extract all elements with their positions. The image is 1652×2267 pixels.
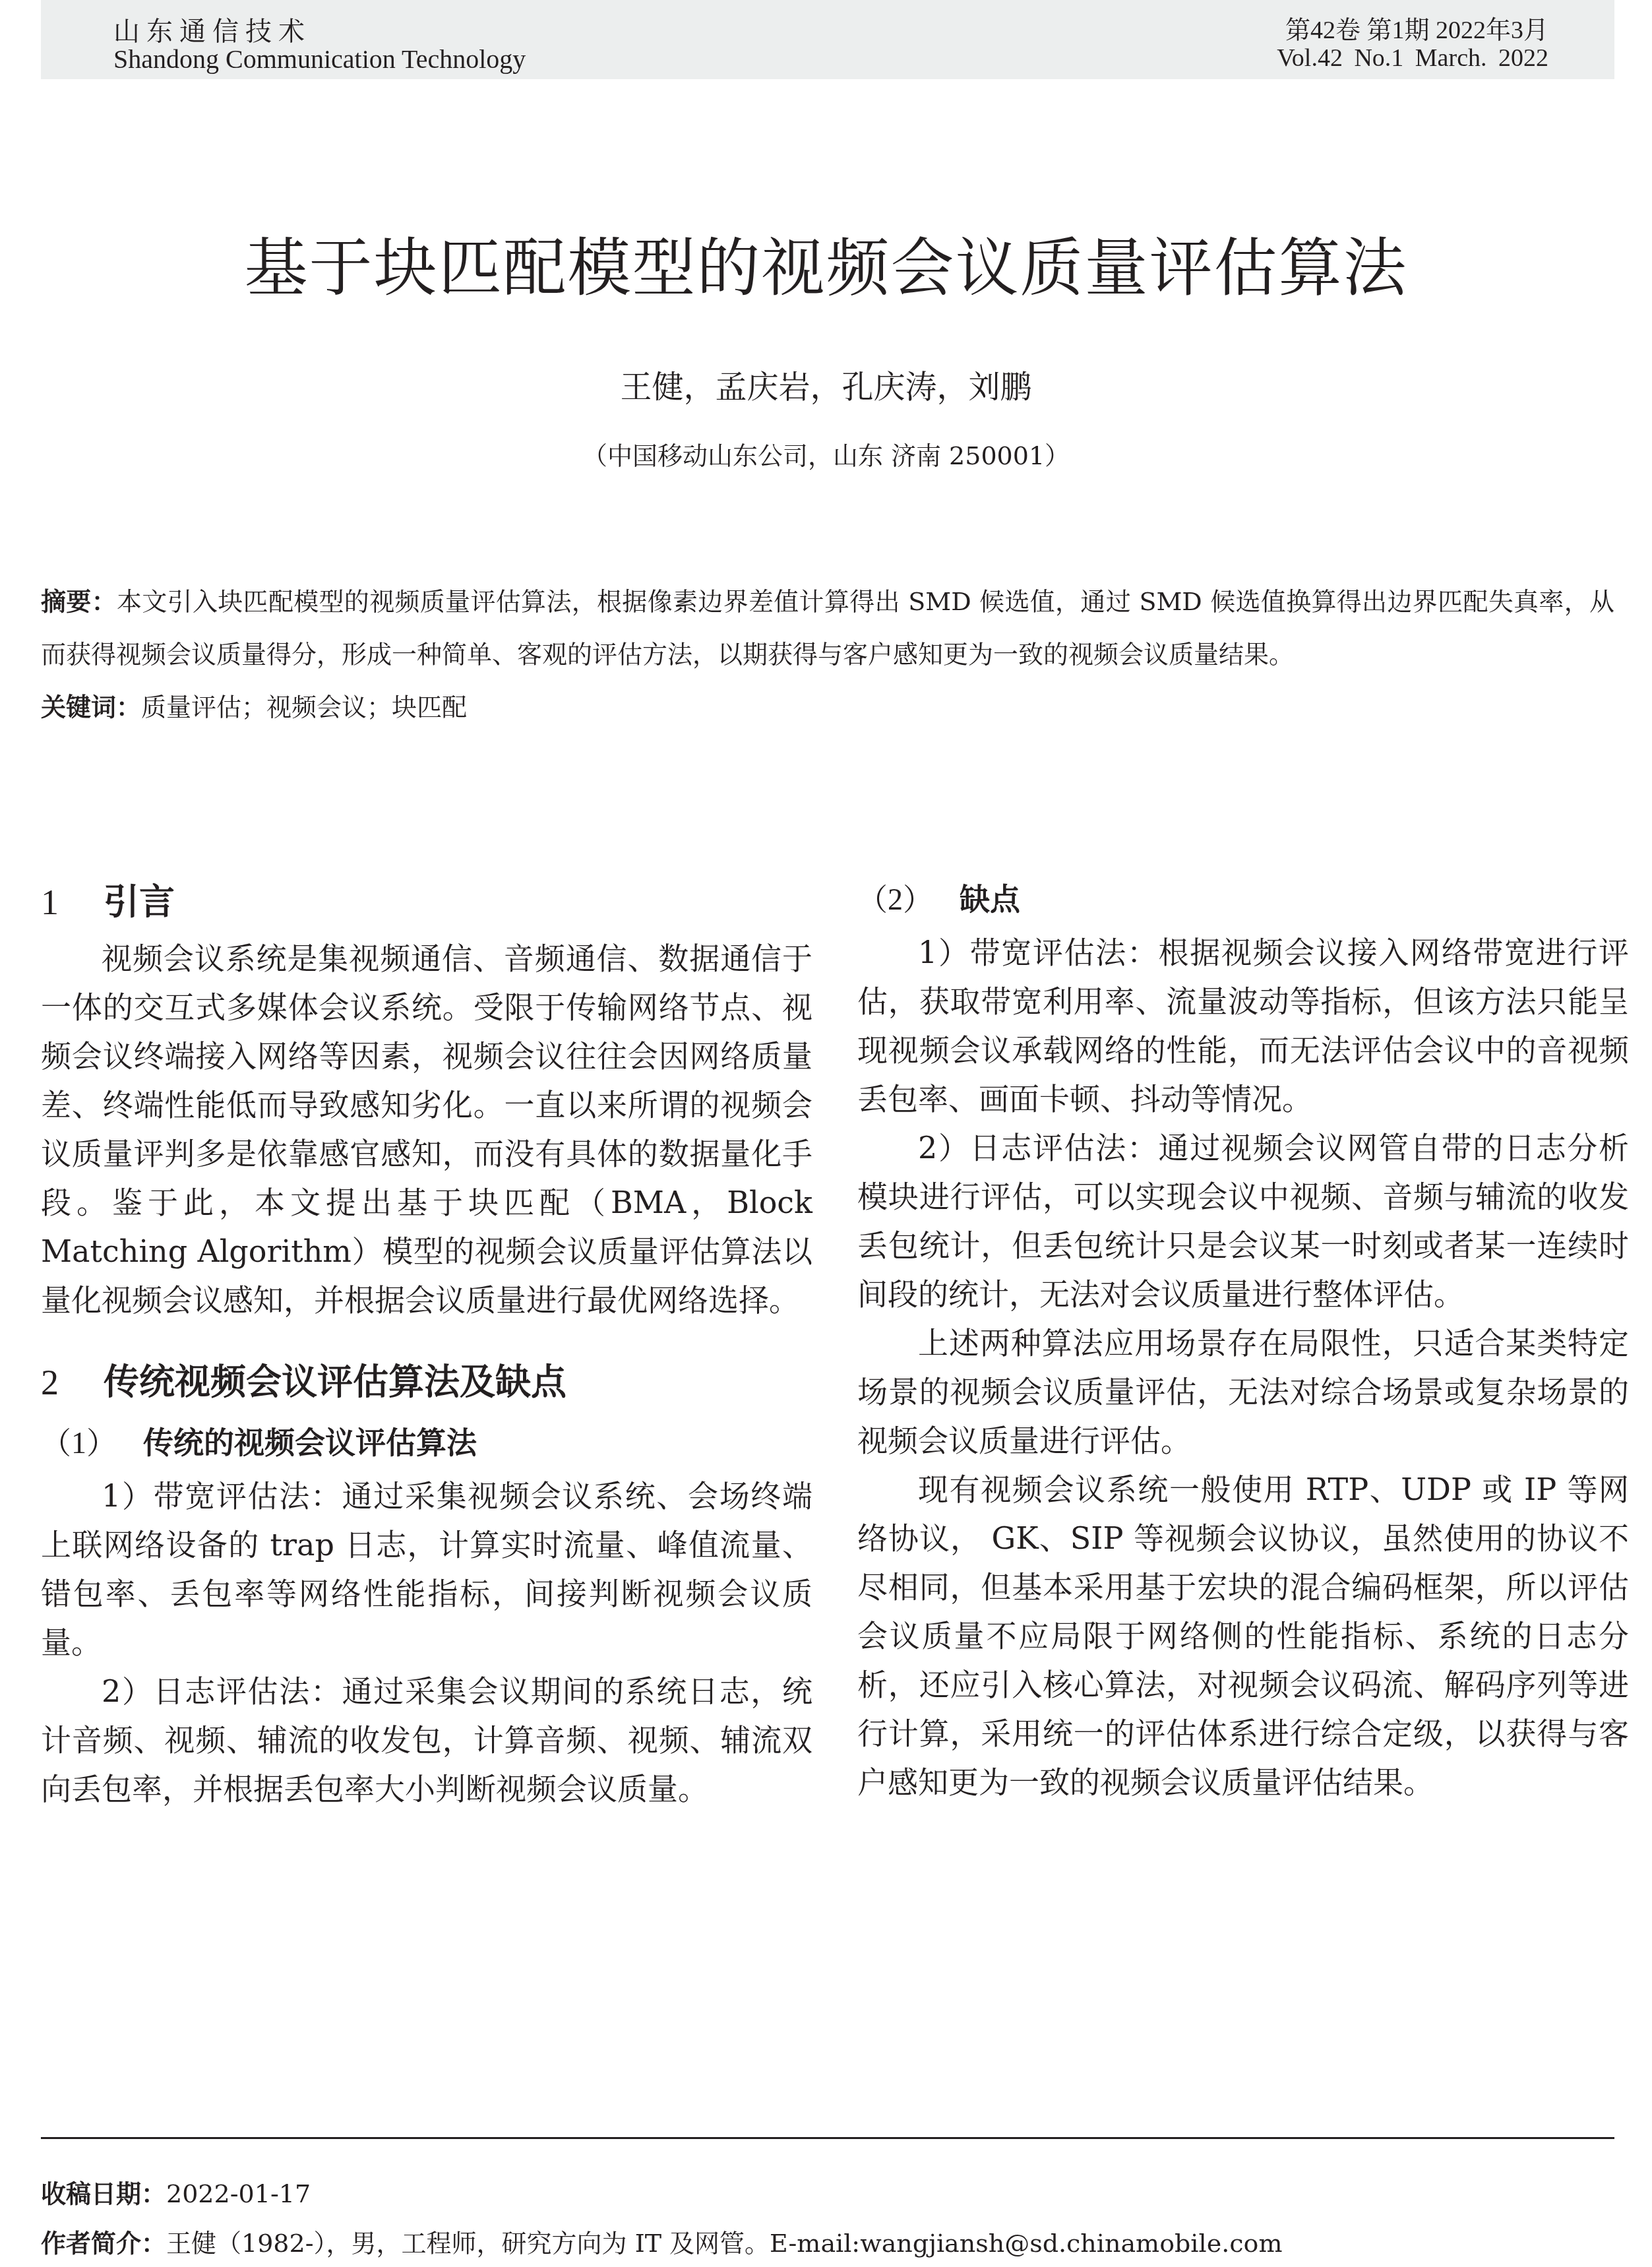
paragraph: 1）带宽评估法：通过采集视频会议系统、会场终端上联网络设备的 trap 日志，计… <box>41 1472 812 1667</box>
abstract-text: 本文引入块匹配模型的视频质量评估算法，根据像素边界差值计算得出 SMD 候选值，… <box>41 587 1614 669</box>
subsection-title: 缺点 <box>960 881 1020 917</box>
paragraph: 2）日志评估法：通过视频会议网管自带的日志分析模块进行评估，可以实现会议中视频、… <box>857 1123 1629 1319</box>
section-number: 2 <box>41 1351 104 1414</box>
paragraph: 1）带宽评估法：根据视频会议接入网络带宽进行评估，获取带宽利用率、流量波动等指标… <box>857 928 1629 1123</box>
journal-name-en: Shandong Communication Technology <box>113 44 526 75</box>
abstract-block: 摘要：本文引入块匹配模型的视频质量评估算法，根据像素边界差值计算得出 SMD 候… <box>41 575 1614 733</box>
subsection-number: （2） <box>857 871 960 928</box>
section-number: 1 <box>41 871 104 934</box>
footer-divider <box>41 2137 1614 2139</box>
keywords: 关键词：质量评估；视频会议；块匹配 <box>41 681 1614 733</box>
right-column: （2）缺点 1）带宽评估法：根据视频会议接入网络带宽进行评估，获取带宽利用率、流… <box>857 871 1629 1807</box>
paragraph: 2）日志评估法：通过采集会议期间的系统日志，统计音频、视频、辅流的收发包，计算音… <box>41 1667 812 1813</box>
subsection-heading: （1）传统的视频会议评估算法 <box>41 1414 812 1472</box>
affiliation: （中国移动山东公司，山东 济南 250001） <box>0 435 1652 472</box>
journal-header: 山东通信技术 Shandong Communication Technology… <box>41 0 1614 79</box>
section-title: 引言 <box>104 881 175 923</box>
author-bio: 作者简介：王健（1982-），男，工程师，研究方向为 IT 及网管。E-mail… <box>41 2223 1282 2259</box>
section-2-heading: 2传统视频会议评估算法及缺点 <box>41 1351 812 1414</box>
author-bio-label: 作者简介： <box>41 2229 166 2258</box>
abstract: 摘要：本文引入块匹配模型的视频质量评估算法，根据像素边界差值计算得出 SMD 候… <box>41 575 1614 681</box>
keywords-label: 关键词： <box>41 693 141 722</box>
left-column: 1引言 视频会议系统是集视频通信、音频通信、数据通信于一体的交互式多媒体会议系统… <box>41 871 812 1813</box>
paragraph: 现有视频会议系统一般使用 RTP、UDP 或 IP 等网络协议， GK、SIP … <box>857 1465 1629 1807</box>
issue-info-cn: 第42卷 第1期 2022年3月 <box>1285 9 1548 46</box>
received-value: 2022-01-17 <box>166 2179 311 2208</box>
received-label: 收稿日期： <box>41 2179 166 2208</box>
subsection-title: 传统的视频会议评估算法 <box>143 1425 477 1460</box>
subsection-heading: （2）缺点 <box>857 871 1629 928</box>
author-bio-text: 王健（1982-），男，工程师，研究方向为 IT 及网管。E-mail:wang… <box>166 2229 1282 2258</box>
paragraph: 上述两种算法应用场景存在局限性，只适合某类特定场景的视频会议质量评估，无法对综合… <box>857 1319 1629 1465</box>
issue-info-en: Vol.42 No.1 March. 2022 <box>1277 44 1548 73</box>
abstract-label: 摘要： <box>41 587 117 616</box>
article-title: 基于块匹配模型的视频会议质量评估算法 <box>0 218 1652 308</box>
section-title: 传统视频会议评估算法及缺点 <box>104 1361 566 1403</box>
section-1-heading: 1引言 <box>41 871 812 934</box>
subsection-number: （1） <box>41 1415 143 1472</box>
keywords-text: 质量评估；视频会议；块匹配 <box>141 693 467 722</box>
received-date: 收稿日期：2022-01-17 <box>41 2173 311 2210</box>
paragraph: 视频会议系统是集视频通信、音频通信、数据通信于一体的交互式多媒体会议系统。受限于… <box>41 934 812 1324</box>
author-list: 王健，孟庆岩，孔庆涛，刘鹏 <box>0 361 1652 407</box>
journal-name-cn: 山东通信技术 <box>113 11 311 48</box>
